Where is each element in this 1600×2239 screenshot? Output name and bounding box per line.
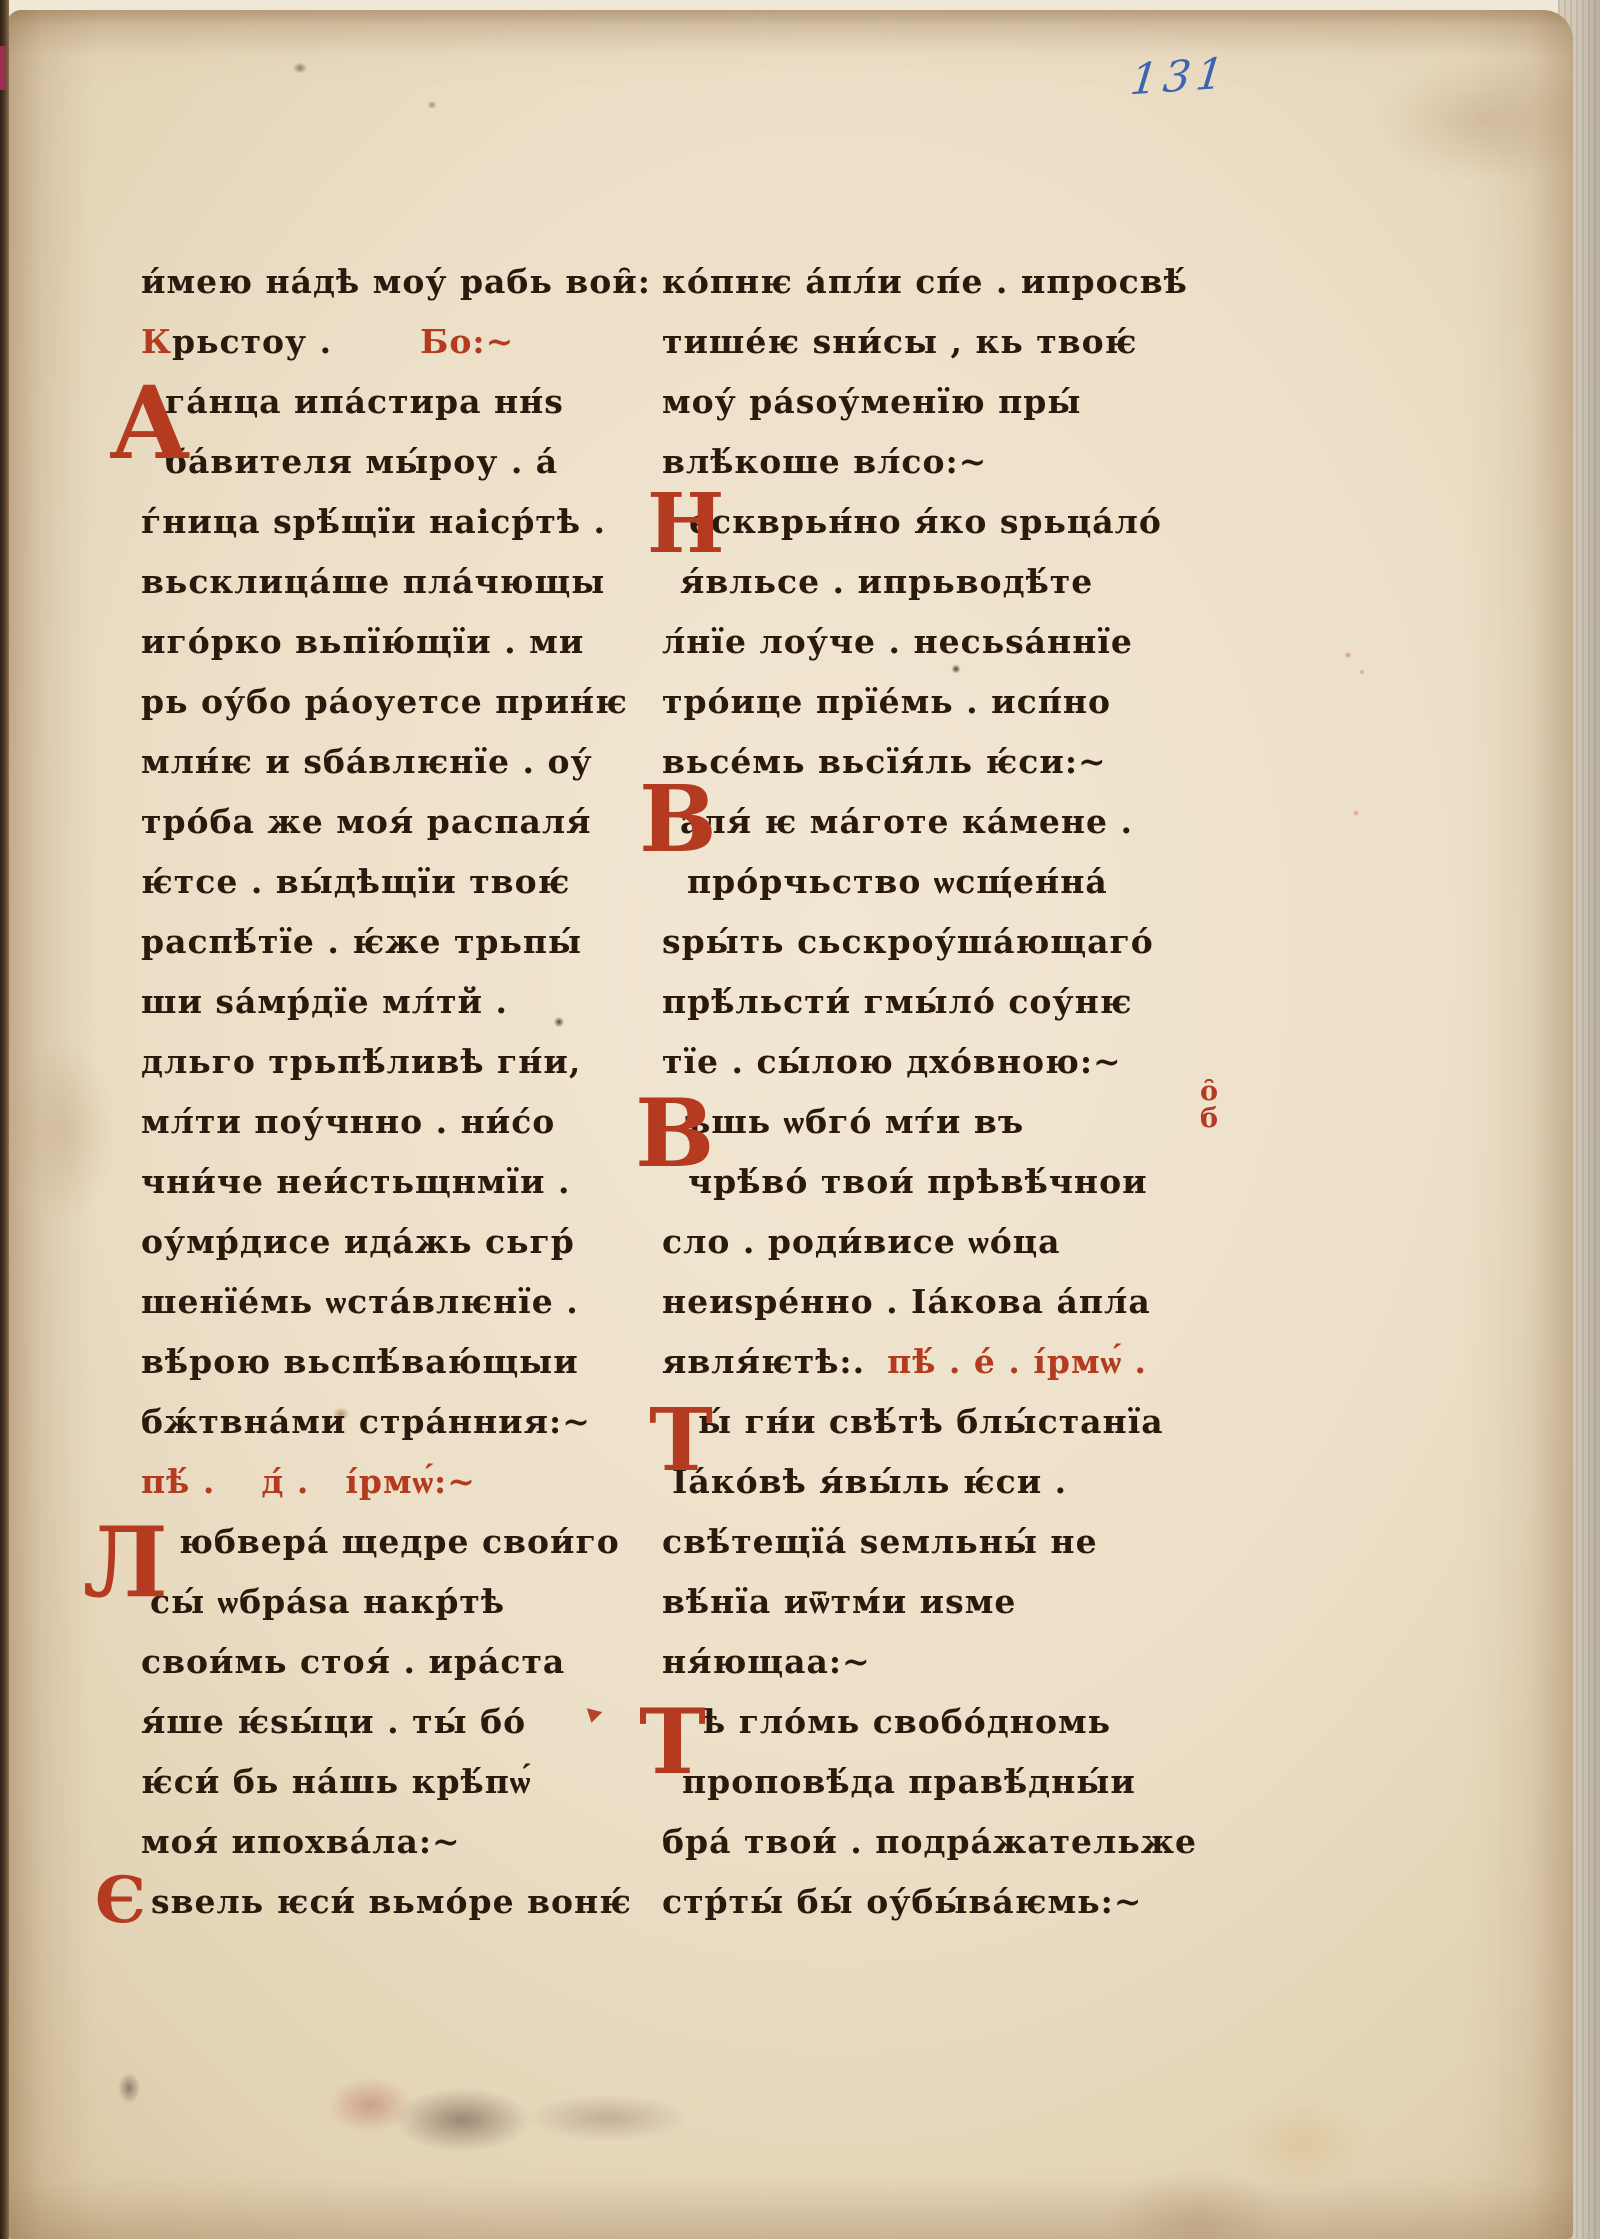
text-line: ѣ гло́мь свобо́дномь (662, 1692, 1202, 1752)
drop-cap-initial: Є (95, 1872, 146, 1930)
text-line: чни́че неи́стьщнмїи . (141, 1152, 661, 1212)
text-line: га́нца ипа́стира нн́ѕ (141, 372, 661, 432)
ink-text: вьсе́мь вьсїя́ль ѥ́си:~ (662, 742, 1107, 781)
rubric-text: д́ . (261, 1462, 309, 1501)
ink-text: ѕвель ѥси́ вьмо́ре вонѥ́ (151, 1882, 632, 1921)
ink-text: чрѣ́во́ твои́ прѣвѣ́чнои (688, 1162, 1148, 1201)
ink-text: я́вльсе . ипрьводѣ́те (680, 562, 1093, 601)
text-line: пѣ́ .д́ .і́рмѡ́:~ (141, 1452, 661, 1512)
text-line: ко́пнѥ а́пл́и сп́е . ипросвѣ́ (662, 252, 1202, 312)
ink-text: дльго трьпѣ́ливѣ гн́и, (141, 1042, 581, 1081)
text-line: про́рчьство ѡсщ́ен́на́ (662, 852, 1202, 912)
ink-text: чни́че неи́стьщнмїи . (141, 1162, 571, 1201)
text-line: стр́ты́ бы́ оу́бы́ва́ѥмь:~ (662, 1872, 1202, 1932)
ink-text: моя́ ипохва́ла:~ (141, 1822, 461, 1861)
ink-text: неиѕре́нно . Іа́кова а́пл́а (662, 1282, 1151, 1321)
drop-cap-initial: Н (647, 488, 724, 562)
ink-text: ши ѕа́мр́дїе мл́тй . (141, 982, 508, 1021)
text-line: ескврьн́но я́ко ѕрьца́ло́ (662, 492, 1202, 552)
ink-text: явля́ѥтѣ:. (662, 1342, 865, 1381)
ink-text: ѕры́ть сьскроу́ша́ющаго́ (662, 922, 1154, 961)
text-line: дльго трьпѣ́ливѣ гн́и, (141, 1032, 661, 1092)
binding-gutter (0, 0, 9, 2239)
text-line: чрѣ́во́ твои́ прѣвѣ́чнои (662, 1152, 1202, 1212)
ink-text: стр́ты́ бы́ оу́бы́ва́ѥмь:~ (662, 1882, 1142, 1921)
text-line: ши ѕа́мр́дїе мл́тй . (141, 972, 661, 1032)
text-line: иго́рко вьпїю́щїи . ми (141, 612, 661, 672)
ink-text: аля́ ѥ ма́готе ка́мене . (680, 802, 1133, 841)
text-line: юбвера́ щедре свои́го (141, 1512, 661, 1572)
text-line: влѣ́коше вл́со:~ (662, 432, 1202, 492)
ink-text: млн́ѥ и ѕба́влѥнїе . оу́ (141, 742, 593, 781)
text-line: свои́мь стоя́ . ира́ста (141, 1632, 661, 1692)
rubric-text: Бо:~ (420, 322, 514, 361)
text-line: аля́ ѥ ма́готе ка́мене . (662, 792, 1202, 852)
text-line: распѣ́тїе . ѥ́же трьпы́ (141, 912, 661, 972)
ink-text: вьсклица́ше пла́чющы (141, 562, 605, 601)
ink-text: тро́ице прїе́мь . исп́но (662, 682, 1111, 721)
ink-text: ѥ́тсе . вы́дѣщїи твоѥ́ (141, 862, 570, 901)
ink-text: рь оу́бо ра́оуетсе прин́ѥ (141, 682, 628, 721)
ink-text: ѣ гло́мь свобо́дномь (702, 1702, 1111, 1741)
ink-text: про́рчьство ѡсщ́ен́на́ (687, 862, 1108, 901)
text-line: мл́ти поу́чнно . ни́с́о (141, 1092, 661, 1152)
ink-text: ѥ́си́ бь на́шь крѣ́пѡ́ (141, 1762, 531, 1801)
text-line: моя́ ипохва́ла:~ (141, 1812, 661, 1872)
text-line: бж́твна́ми стра́нния:~ (141, 1392, 661, 1452)
ink-text: ба́вителя мы́роу . а́ (165, 442, 558, 481)
ink-text: юбвера́ щедре свои́го (179, 1522, 620, 1561)
text-line: тро́ице прїе́мь . исп́но (662, 672, 1202, 732)
text-line: ѓница ѕрѣ́щїи наіср́тѣ . (141, 492, 661, 552)
drop-cap-initial: В (635, 1092, 714, 1177)
text-line: и́мею на́дѣ моу́ рабь вои̑: (141, 252, 661, 312)
text-line: ъшь ѡбго́ мт́и въ (662, 1092, 1202, 1152)
ink-text: моу́ ра́ѕоу́менїю пры́ (662, 382, 1081, 421)
ink-text: ко́пнѥ а́пл́и сп́е . ипросвѣ́ (662, 262, 1188, 301)
page-number: 131 (1128, 49, 1231, 106)
ink-text: Іа́ко́вѣ я́вы́ль ѥ́си . (672, 1462, 1067, 1501)
text-line: тїе . сы́лою дхо́вною:~ (662, 1032, 1202, 1092)
text-line: шенїе́мь ѡста́влѥнїе . (141, 1272, 661, 1332)
text-line: вѣ́нїа иѿтм́и иѕме (662, 1572, 1202, 1632)
text-line: сы́ ѡбра́ѕа накр́тѣ (141, 1572, 661, 1632)
ink-text: сло . роди́висе ѡо́ца (662, 1222, 1061, 1261)
ink-text: прѣ́льсти́ гмы́ло́ соу́нѥ (662, 982, 1133, 1021)
text-line: ба́вителя мы́роу . а́ (141, 432, 661, 492)
ink-text: тїе . сы́лою дхо́вною:~ (662, 1042, 1122, 1081)
text-line: вьсе́мь вьсїя́ль ѥ́си:~ (662, 732, 1202, 792)
ink-text: ня́ющаа:~ (662, 1642, 871, 1681)
drop-cap-initial: А (109, 378, 190, 468)
rubric-text: пѣ́ . (141, 1462, 215, 1501)
drop-cap-initial: Т (649, 1402, 713, 1479)
ink-text: я́ше ѥ́ѕы́ци . ты́ бо́ (141, 1702, 526, 1741)
ink-text: вѣ́рою вьспѣ́ваю́щыи (141, 1342, 579, 1381)
ink-text: л́нїе лоу́че . несьѕа́ннїе (662, 622, 1133, 661)
marginal-note: о̑ б (1191, 1078, 1227, 1132)
ink-text: и́мею на́дѣ моу́ рабь вои̑: (141, 262, 651, 301)
text-line: я́вльсе . ипрьводѣ́те (662, 552, 1202, 612)
text-line: сло . роди́висе ѡо́ца (662, 1212, 1202, 1272)
ink-text: тро́ба же моя́ распаля́ (141, 802, 592, 841)
ink-text: рьстоу . (172, 322, 332, 361)
text-line: млн́ѥ и ѕба́влѥнїе . оу́ (141, 732, 661, 792)
rubric-text: пѣ́ . е́ . і́рмѡ́ . (887, 1342, 1147, 1381)
text-line: ня́ющаа:~ (662, 1632, 1202, 1692)
text-line: вьсклица́ше пла́чющы (141, 552, 661, 612)
text-line: ѥ́тсе . вы́дѣщїи твоѥ́ (141, 852, 661, 912)
ink-text: свои́мь стоя́ . ира́ста (141, 1642, 565, 1681)
ink-text: мл́ти поу́чнно . ни́с́о (141, 1102, 555, 1141)
text-column-right: ко́пнѥ а́пл́и сп́е . ипросвѣ́тише́ѥ ѕни́… (662, 252, 1202, 1932)
drop-cap-initial: Л (83, 1520, 168, 1606)
ink-text: ы́ гн́и свѣ́тѣ блы́станїа (698, 1402, 1164, 1441)
rubric-text: К (141, 322, 172, 361)
ink-text: ескврьн́но я́ко ѕрьца́ло́ (689, 502, 1162, 541)
text-line: я́ше ѥ́ѕы́ци . ты́ бо́ (141, 1692, 661, 1752)
text-line: ѥ́си́ бь на́шь крѣ́пѡ́ (141, 1752, 661, 1812)
drop-cap-initial: Т (639, 1702, 706, 1783)
text-line: ы́ гн́и свѣ́тѣ блы́станїа (662, 1392, 1202, 1452)
ink-text: ъшь ѡбго́ мт́и въ (685, 1102, 1024, 1141)
ink-text: сы́ ѡбра́ѕа накр́тѣ (150, 1582, 505, 1621)
ink-text: распѣ́тїе . ѥ́же трьпы́ (141, 922, 582, 961)
text-line: тише́ѥ ѕни́сы , кь твоѥ́ (662, 312, 1202, 372)
manuscript-page: 131 о̑ б и́мею на́дѣ моу́ рабь вои̑:Крьс… (7, 10, 1573, 2239)
text-line: вѣ́рою вьспѣ́ваю́щыи (141, 1332, 661, 1392)
ink-text: га́нца ипа́стира нн́ѕ (165, 382, 564, 421)
ink-text: ѓница ѕрѣ́щїи наіср́тѣ . (141, 502, 606, 541)
marginal-note-bottom: б (1191, 1105, 1227, 1132)
text-line: Іа́ко́вѣ я́вы́ль ѥ́си . (662, 1452, 1202, 1512)
ink-text: тише́ѥ ѕни́сы , кь твоѥ́ (662, 322, 1137, 361)
text-line: явля́ѥтѣ:.пѣ́ . е́ . і́рмѡ́ . (662, 1332, 1202, 1392)
text-line: свѣ́тещїа́ ѕемльны́ не (662, 1512, 1202, 1572)
text-line: рь оу́бо ра́оуетсе прин́ѥ (141, 672, 661, 732)
text-line: прѣ́льсти́ гмы́ло́ соу́нѥ (662, 972, 1202, 1032)
drop-cap-initial: В (639, 778, 717, 861)
ink-text: бра́ твои́ . подра́жательже (662, 1822, 1197, 1861)
text-line: оу́мр́дисе ида́жь сьгр́ (141, 1212, 661, 1272)
binding-red-mark (0, 46, 6, 90)
text-column-left: и́мею на́дѣ моу́ рабь вои̑:Крьстоу .Бо:~… (141, 252, 661, 1932)
text-line: тро́ба же моя́ распаля́ (141, 792, 661, 852)
text-line: ѕры́ть сьскроу́ша́ющаго́ (662, 912, 1202, 972)
rubric-text: і́рмѡ́:~ (345, 1462, 476, 1501)
text-line: моу́ ра́ѕоу́менїю пры́ (662, 372, 1202, 432)
text-line: бра́ твои́ . подра́жательже (662, 1812, 1202, 1872)
text-line: ѕвель ѥси́ вьмо́ре вонѥ́ (141, 1872, 661, 1932)
ink-text: бж́твна́ми стра́нния:~ (141, 1402, 591, 1441)
ink-text: шенїе́мь ѡста́влѥнїе . (141, 1282, 579, 1321)
text-line: л́нїе лоу́че . несьѕа́ннїе (662, 612, 1202, 672)
ink-text: свѣ́тещїа́ ѕемльны́ не (662, 1522, 1098, 1561)
text-line: Крьстоу .Бо:~ (141, 312, 661, 372)
ink-text: проповѣ́да правѣ́дны́и (682, 1762, 1136, 1801)
marginal-note-top: о̑ (1191, 1078, 1227, 1105)
ink-text: оу́мр́дисе ида́жь сьгр́ (141, 1222, 575, 1261)
text-line: проповѣ́да правѣ́дны́и (662, 1752, 1202, 1812)
ink-text: вѣ́нїа иѿтм́и иѕме (662, 1582, 1016, 1621)
text-line: неиѕре́нно . Іа́кова а́пл́а (662, 1272, 1202, 1332)
ink-text: иго́рко вьпїю́щїи . ми (141, 622, 584, 661)
